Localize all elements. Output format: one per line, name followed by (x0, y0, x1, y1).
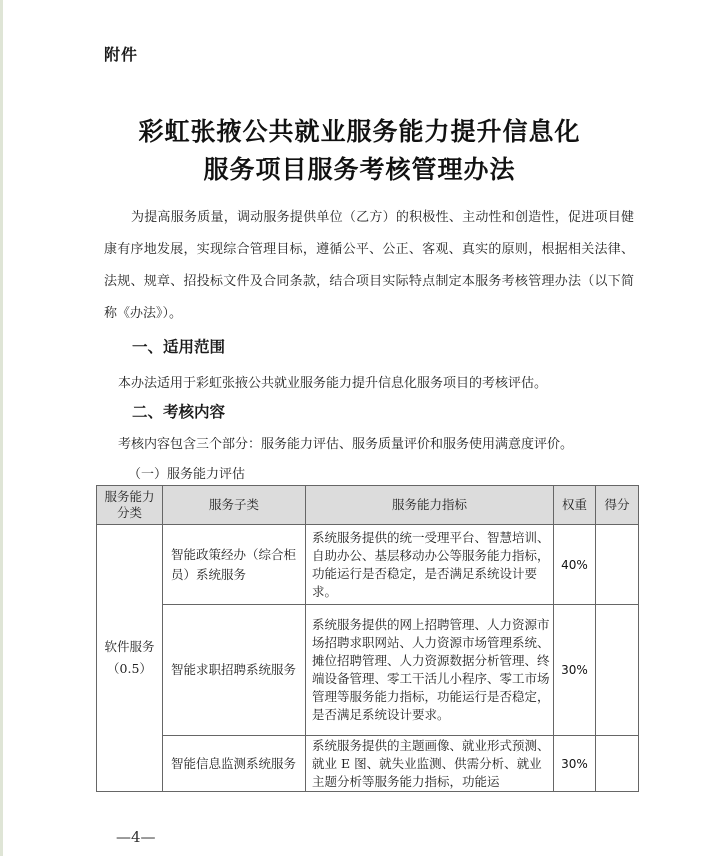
table-row: 智能求职招聘系统服务 系统服务提供的网上招聘管理、人力资源市场招聘求职网站、人力… (97, 605, 639, 736)
subcategory-cell: 智能信息监测系统服务 (163, 736, 306, 792)
section-body-scope: 本办法适用于彩虹张掖公共就业服务能力提升信息化服务项目的考核评估。 (118, 372, 547, 391)
subcategory-cell: 智能求职招聘系统服务 (163, 605, 306, 736)
document-title-line1: 彩虹张掖公共就业服务能力提升信息化 (0, 112, 719, 148)
header-indicator: 服务能力指标 (306, 486, 554, 525)
score-cell (596, 605, 639, 736)
indicator-cell: 系统服务提供的主题画像、就业形式预测、就业 E 图、就失业监测、供需分析、就业主… (306, 736, 554, 792)
header-subcategory: 服务子类 (163, 486, 306, 525)
table-row: 智能信息监测系统服务 系统服务提供的主题画像、就业形式预测、就业 E 图、就失业… (97, 736, 639, 792)
subsection-heading-capability: （一）服务能力评估 (128, 463, 245, 482)
header-score: 得分 (596, 486, 639, 525)
indicator-cell: 系统服务提供的网上招聘管理、人力资源市场招聘求职网站、人力资源市场管理系统、摊位… (306, 605, 554, 736)
weight-cell: 40% (554, 525, 596, 605)
section-heading-scope: 一、适用范围 (132, 335, 225, 357)
document-title-line2: 服务项目服务考核管理办法 (0, 150, 719, 186)
page-number: —4— (116, 828, 156, 846)
header-weight: 权重 (554, 486, 596, 525)
category-cell: 软件服务（0.5） (97, 525, 163, 792)
intro-paragraph: 为提高服务质量，调动服务提供单位（乙方）的积极性、主动性和创造性，促进项目健康有… (104, 202, 634, 330)
table-header-row: 服务能力分类 服务子类 服务能力指标 权重 得分 (97, 486, 639, 525)
attachment-label: 附件 (104, 42, 138, 65)
weight-cell: 30% (554, 605, 596, 736)
capability-assessment-table: 服务能力分类 服务子类 服务能力指标 权重 得分 软件服务（0.5） 智能政策经… (96, 485, 639, 792)
table-row: 软件服务（0.5） 智能政策经办（综合柜员）系统服务 系统服务提供的统一受理平台… (97, 525, 639, 605)
section-body-content: 考核内容包含三个部分：服务能力评估、服务质量评价和服务使用满意度评价。 (118, 433, 573, 452)
weight-cell: 30% (554, 736, 596, 792)
score-cell (596, 525, 639, 605)
subcategory-cell: 智能政策经办（综合柜员）系统服务 (163, 525, 306, 605)
score-cell (596, 736, 639, 792)
indicator-cell: 系统服务提供的统一受理平台、智慧培训、自助办公、基层移动办公等服务能力指标，功能… (306, 525, 554, 605)
header-category: 服务能力分类 (97, 486, 163, 525)
section-heading-content: 二、考核内容 (132, 400, 225, 422)
